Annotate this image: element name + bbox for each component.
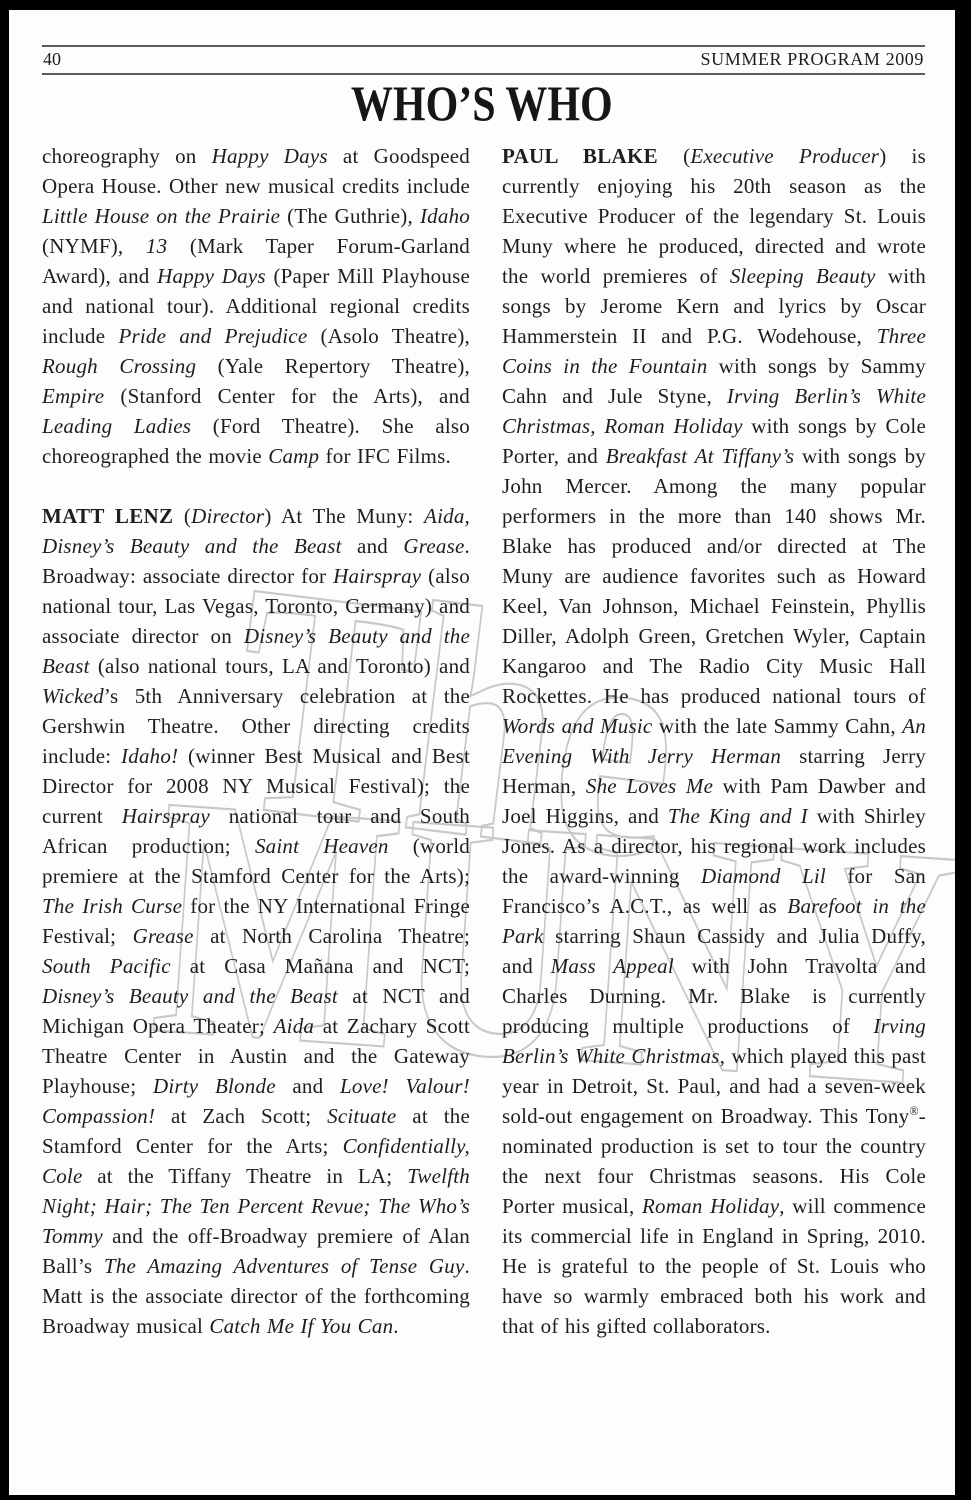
text-run: Hairspray (122, 804, 210, 828)
text-run: Grease (403, 534, 464, 558)
text-run: Words and Music (502, 714, 652, 738)
page-title: WHO’S WHO (9, 78, 955, 128)
text-run: ® (909, 1104, 918, 1118)
text-run: Diamond Lil (701, 864, 826, 888)
text-run: Hairspray (333, 564, 421, 588)
text-run: Idaho! (121, 744, 178, 768)
text-run: Roman Holiday (604, 414, 742, 438)
text-run: Sleeping Beauty (730, 264, 876, 288)
text-run: Happy Days (157, 264, 266, 288)
text-run: and (276, 1074, 340, 1098)
text-run: Breakfast At Tiffany’s (606, 444, 795, 468)
page-title-text: WHO’S WHO (351, 78, 613, 128)
running-head: 40 SUMMER PROGRAM 2009 (42, 47, 925, 73)
text-run: Dirty Blonde (153, 1074, 276, 1098)
right-column: PAUL BLAKE (Executive Producer) is curre… (502, 141, 926, 1341)
text-run: Director (191, 504, 264, 528)
bio-paragraph: PAUL BLAKE (Executive Producer) is curre… (502, 141, 926, 1341)
text-run: Roman Holiday (642, 1194, 779, 1218)
text-run: Saint Heaven (255, 834, 389, 858)
text-run: choreography on (42, 144, 212, 168)
text-run: Wicked (42, 684, 104, 708)
text-run: The King and I (668, 804, 808, 828)
bio-columns: choreography on Happy Days at Goodspeed … (42, 141, 926, 1341)
text-run: ( (173, 504, 191, 528)
text-run: with the late Sammy Cahn, (652, 714, 902, 738)
text-run: Happy Days (212, 144, 328, 168)
text-run: Aida (274, 1014, 315, 1038)
text-run: Mass Appeal (551, 954, 674, 978)
text-run: with songs by John Mercer. Among the man… (502, 444, 926, 708)
page-frame: The MUNY 40 SUMMER PROGRAM 2009 WHO’S WH… (0, 0, 971, 1500)
text-run: The Irish Curse (42, 894, 182, 918)
page-number: 40 (43, 49, 61, 70)
text-run: (Asolo Theatre), (307, 324, 470, 348)
bio-paragraph: MATT LENZ (Director) At The Muny: Aida, … (42, 501, 470, 1341)
text-run: Pride and Prejudice (118, 324, 307, 348)
text-run: Disney’s Beauty and the Beast (42, 984, 338, 1008)
text-run: South Pacific (42, 954, 171, 978)
program-title: SUMMER PROGRAM 2009 (701, 49, 924, 70)
text-run: ( (658, 144, 690, 168)
text-run: PAUL BLAKE (502, 144, 658, 168)
text-run: Executive Producer (690, 144, 879, 168)
text-run: Grease (133, 924, 194, 948)
text-run: at Zach Scott; (155, 1104, 327, 1128)
text-run: Catch Me If You Can (209, 1314, 393, 1338)
text-run: Idaho (420, 204, 470, 228)
text-run: She Loves Me (586, 774, 713, 798)
text-run: for IFC Films. (319, 444, 451, 468)
text-run: (NYMF), (42, 234, 146, 258)
text-run: ) At The Muny: (264, 504, 424, 528)
left-column: choreography on Happy Days at Goodspeed … (42, 141, 470, 1341)
text-run: (Yale Repertory Theatre), (196, 354, 470, 378)
text-run: (also national tours, LA and Toronto) an… (90, 654, 470, 678)
text-run: Empire (42, 384, 104, 408)
text-run: and (342, 534, 404, 558)
text-run: . (393, 1314, 398, 1338)
program-page: The MUNY 40 SUMMER PROGRAM 2009 WHO’S WH… (9, 10, 955, 1495)
text-run: at the Tiffany Theatre in LA; (83, 1164, 408, 1188)
text-run: Scituate (327, 1104, 396, 1128)
text-run: Camp (268, 444, 319, 468)
text-run: The Amazing Adventures of Tense Guy (104, 1254, 465, 1278)
text-run: (Stanford Center for the Arts), and (104, 384, 470, 408)
text-run: MATT LENZ (42, 504, 173, 528)
text-run: at Casa Mañana and NCT; (171, 954, 470, 978)
text-run: Little House on the Prairie (42, 204, 280, 228)
text-run: Rough Crossing (42, 354, 196, 378)
text-run: 13 (146, 234, 167, 258)
text-run: Leading Ladies (42, 414, 191, 438)
text-run: at North Carolina Theatre; (194, 924, 470, 948)
bio-paragraph: choreography on Happy Days at Goodspeed … (42, 141, 470, 471)
text-run: (The Guthrie), (280, 204, 420, 228)
